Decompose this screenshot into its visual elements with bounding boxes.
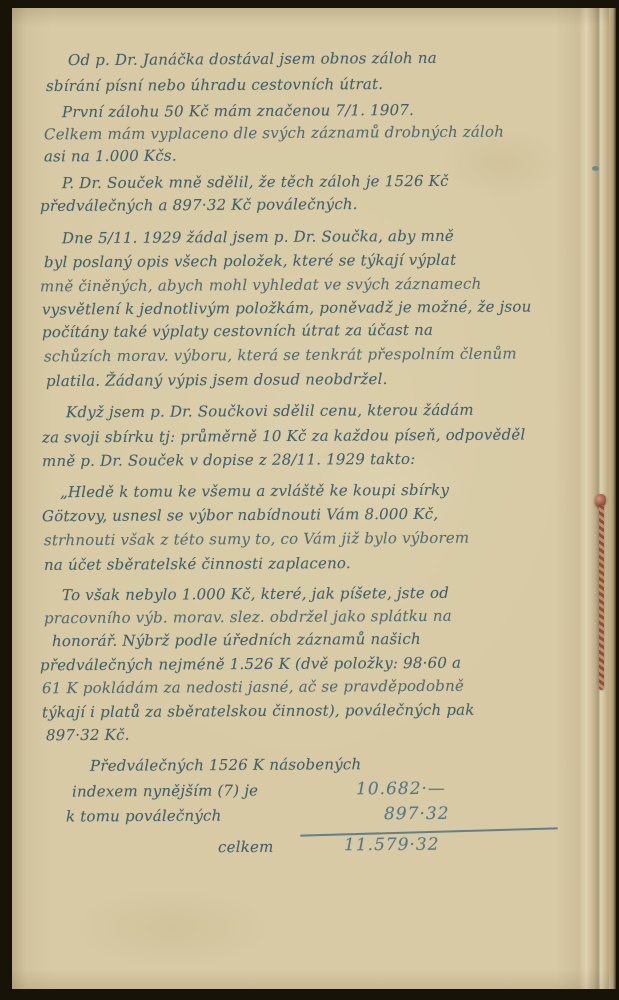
manuscript-line: 61 K pokládám za nedosti jasné, ač se pr… <box>42 677 464 698</box>
manuscript-line: To však nebylo 1.000 Kč, které, jak píše… <box>62 584 449 604</box>
manuscript-line: pracovního výb. morav. slez. obdržel jak… <box>44 607 452 627</box>
manuscript-line: schůzích morav. výboru, která se tenkrát… <box>44 345 517 366</box>
manuscript-line: předválečných a 897·32 Kč poválečných. <box>40 195 358 215</box>
manuscript-line: za svoji sbírku tj: průměrně 10 Kč za ka… <box>42 426 526 447</box>
manuscript-line: byl poslaný opis všech položek, které se… <box>44 251 456 272</box>
manuscript-line: sbírání písní nebo úhradu cestovních útr… <box>46 75 383 95</box>
manuscript-line: Götzovy, usnesl se výbor nabídnouti Vám … <box>42 505 438 525</box>
summary-row-label: Předválečných 1526 K násobených <box>90 755 361 775</box>
summary-row-label: k tomu poválečných <box>66 807 222 826</box>
ink-fleck <box>592 166 599 171</box>
manuscript-line: počítány také výplaty cestovních útrat z… <box>42 321 433 341</box>
manuscript-line: 897·32 Kč. <box>46 726 130 745</box>
paper-stain <box>72 888 272 968</box>
summary-total-amount: 11.579·32 <box>344 835 440 856</box>
manuscript-line: První zálohu 50 Kč mám značenou 7/1. 190… <box>62 101 414 121</box>
manuscript-line: mně p. Dr. Souček v dopise z 28/11. 1929… <box>42 450 416 470</box>
manuscript-line: asi na 1.000 Kčs. <box>44 147 177 166</box>
manuscript-line: předválečných nejméně 1.526 K (dvě polož… <box>40 654 461 675</box>
manuscript-line: Od p. Dr. Janáčka dostával jsem obnos zá… <box>68 49 437 69</box>
summary-total-label: celkem <box>218 838 274 856</box>
summary-row-amount: 10.682·— <box>356 779 446 800</box>
scanned-page-background: Od p. Dr. Janáčka dostával jsem obnos zá… <box>0 0 619 1000</box>
manuscript-line: Celkem mám vyplaceno dle svých záznamů d… <box>44 123 504 144</box>
page-fold-shading <box>555 8 615 989</box>
page-edge <box>609 8 616 989</box>
summary-row-label: indexem nynějším (7) je <box>72 781 258 800</box>
summary-row-amount: 897·32 <box>384 804 450 824</box>
manuscript-line: vysvětlení k jednotlivým položkám, poněv… <box>42 298 532 319</box>
manuscript-line: Když jsem p. Dr. Součkovi sdělil cenu, k… <box>66 401 474 421</box>
manuscript-line: mně činěných, abych mohl vyhledat ve svý… <box>40 275 482 296</box>
manuscript-line: na účet sběratelské činnosti zaplaceno. <box>44 554 351 574</box>
manuscript-line: Dne 5/11. 1929 žádal jsem p. Dr. Součka,… <box>62 227 454 247</box>
manuscript-line: strhnouti však z této sumy to, co Vám ji… <box>44 529 469 550</box>
manuscript-line: „Hledě k tomu ke všemu a zvláště ke koup… <box>60 481 449 501</box>
manuscript-line: týkají i platů za sběratelskou činnost),… <box>42 701 475 722</box>
manuscript-line: honorář. Nýbrž podle úředních záznamů na… <box>52 630 421 650</box>
manuscript-line: platila. Žádaný výpis jsem dosud neobdrž… <box>46 370 388 390</box>
manuscript-line: P. Dr. Souček mně sdělil, že těch záloh … <box>62 172 449 192</box>
binding-thread <box>599 505 604 690</box>
